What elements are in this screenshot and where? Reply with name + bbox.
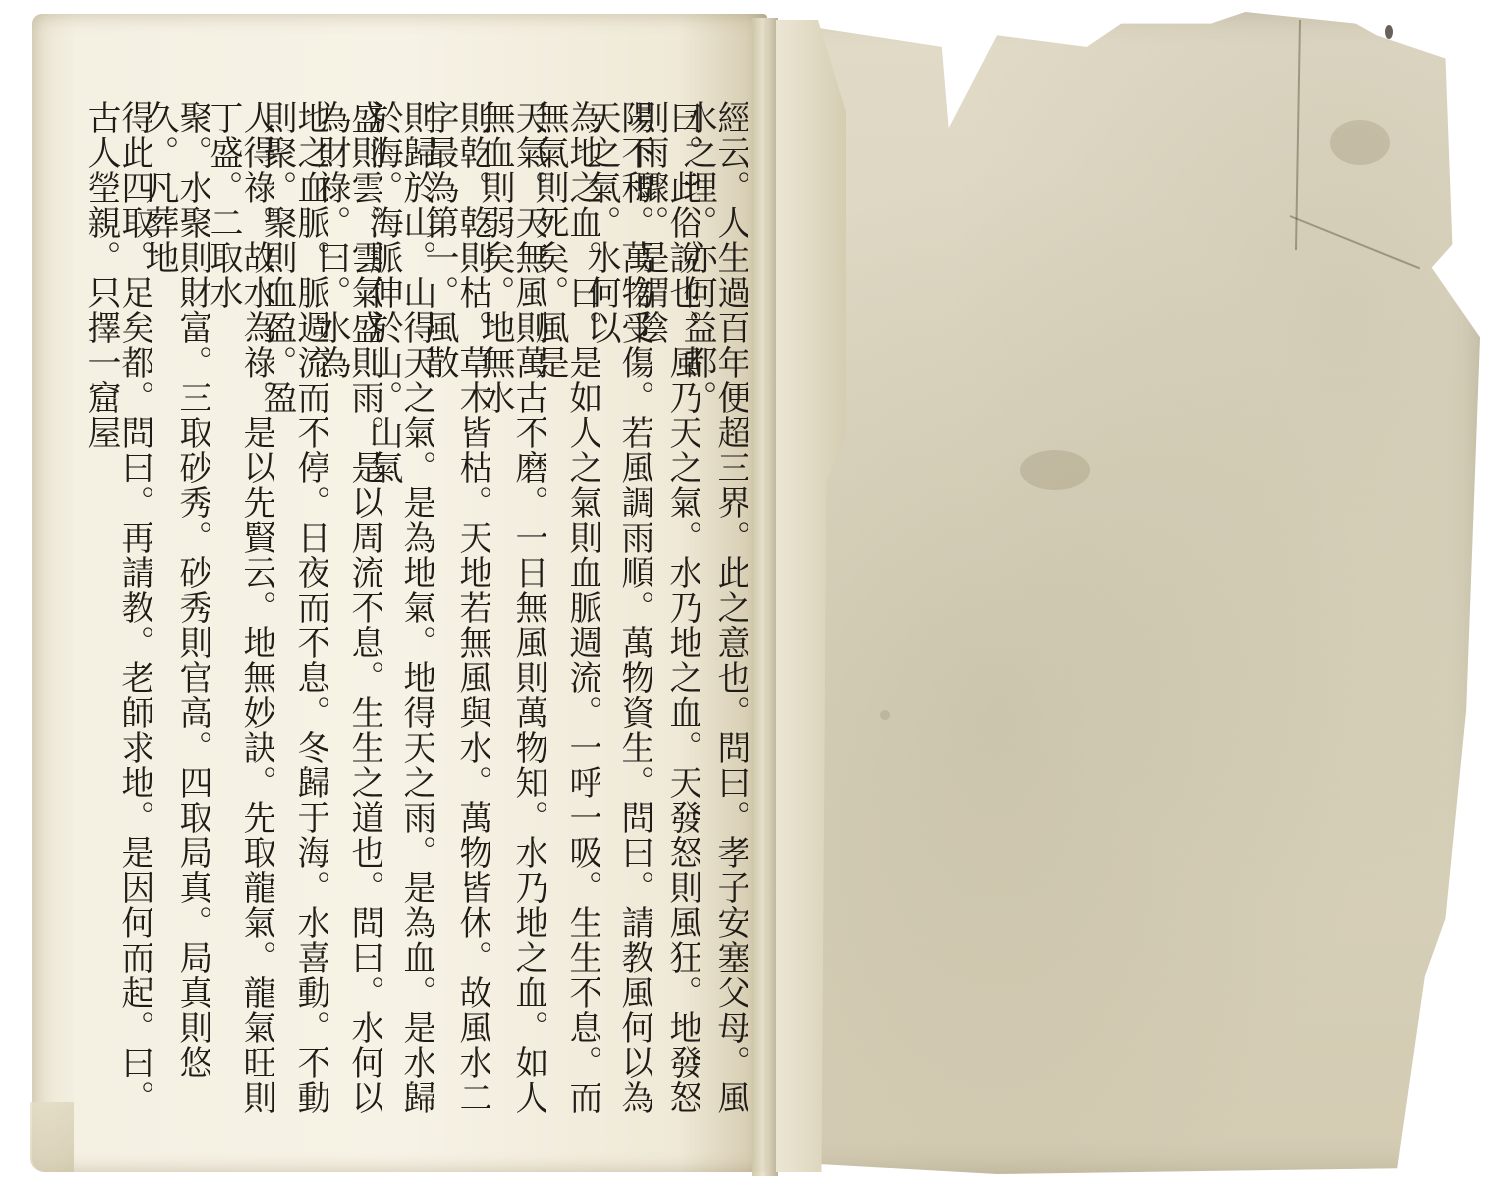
stain xyxy=(880,710,890,720)
right-page-blank xyxy=(790,12,1480,1174)
stain xyxy=(1385,25,1393,39)
book-spine xyxy=(752,18,778,1176)
manuscript-photo: 經云。人生過百年便超三界。此之意也。問曰。孝子安塞父母。風水之理。亦何益都。 曰… xyxy=(0,0,1500,1187)
stain xyxy=(1330,120,1390,165)
text-column-11: 聚。水聚則財富。三取砂秀。砂秀則官高。四取局真。局真則悠久。凡葬地 xyxy=(142,100,210,1130)
text-column-10: 人得祿。故水為祿。是以先賢云。地無妙訣。先取龍氣。龍氣旺則丁盛。二取水 xyxy=(206,100,274,1130)
manuscript-text: 經云。人生過百年便超三界。此之意也。問曰。孝子安塞父母。風水之理。亦何益都。 曰… xyxy=(70,100,730,1140)
stain xyxy=(1020,450,1090,490)
text-column-12: 得此四取。足矣都。問曰。再請教。老師求地。是因何而起。曰。古人塋親。只擇一窟屋 xyxy=(84,100,152,1130)
